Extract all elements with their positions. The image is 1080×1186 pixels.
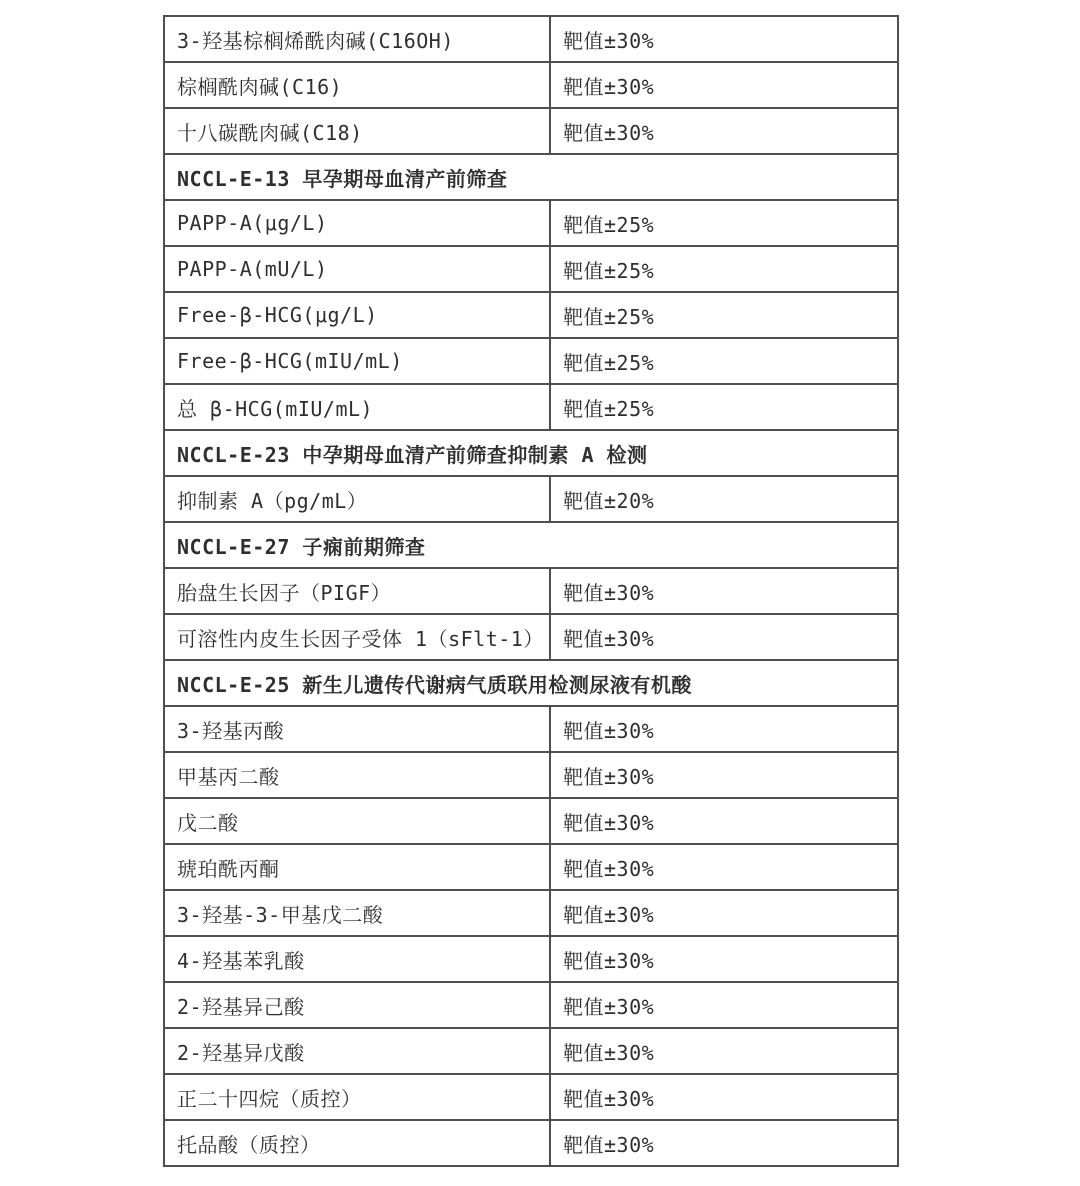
section-title-cell: NCCL-E-25 新生儿遗传代谢病气质联用检测尿液有机酸 xyxy=(164,660,898,706)
table-row: PAPP-A(mU/L) 靶值±25% xyxy=(164,246,898,292)
table-row: 棕榈酰肉碱(C16) 靶值±30% xyxy=(164,62,898,108)
section-header-row: NCCL-E-23 中孕期母血清产前筛查抑制素 A 检测 xyxy=(164,430,898,476)
table-row: Free-β-HCG(μg/L) 靶值±25% xyxy=(164,292,898,338)
target-value-cell: 靶值±30% xyxy=(550,706,898,752)
item-name-cell: Free-β-HCG(mIU/mL) xyxy=(164,338,550,384)
target-value-cell: 靶值±30% xyxy=(550,982,898,1028)
item-name-cell: 棕榈酰肉碱(C16) xyxy=(164,62,550,108)
table-row: 可溶性内皮生长因子受体 1（sFlt-1） 靶值±30% xyxy=(164,614,898,660)
item-name-cell: 托品酸（质控） xyxy=(164,1120,550,1166)
item-name-cell: PAPP-A(mU/L) xyxy=(164,246,550,292)
item-name-cell: 甲基丙二酸 xyxy=(164,752,550,798)
target-value-cell: 靶值±30% xyxy=(550,568,898,614)
item-name-cell: 2-羟基异戊酸 xyxy=(164,1028,550,1074)
target-value-cell: 靶值±30% xyxy=(550,1074,898,1120)
target-value-cell: 靶值±30% xyxy=(550,798,898,844)
item-name-cell: 正二十四烷（质控） xyxy=(164,1074,550,1120)
item-name-cell: 可溶性内皮生长因子受体 1（sFlt-1） xyxy=(164,614,550,660)
item-name-cell: 总 β-HCG(mIU/mL) xyxy=(164,384,550,430)
target-value-cell: 靶值±30% xyxy=(550,936,898,982)
table-row: 甲基丙二酸 靶值±30% xyxy=(164,752,898,798)
item-name-cell: PAPP-A(μg/L) xyxy=(164,200,550,246)
target-value-cell: 靶值±30% xyxy=(550,844,898,890)
table-row: 3-羟基-3-甲基戊二酸 靶值±30% xyxy=(164,890,898,936)
table-row: 十八碳酰肉碱(C18) 靶值±30% xyxy=(164,108,898,154)
item-name-cell: 琥珀酰丙酮 xyxy=(164,844,550,890)
item-name-cell: 十八碳酰肉碱(C18) xyxy=(164,108,550,154)
table-row: 琥珀酰丙酮 靶值±30% xyxy=(164,844,898,890)
item-name-cell: 4-羟基苯乳酸 xyxy=(164,936,550,982)
item-name-cell: Free-β-HCG(μg/L) xyxy=(164,292,550,338)
table-row: 3-羟基棕榈烯酰肉碱(C16OH) 靶值±30% xyxy=(164,16,898,62)
item-name-cell: 胎盘生长因子（PIGF） xyxy=(164,568,550,614)
section-header-row: NCCL-E-27 子痫前期筛查 xyxy=(164,522,898,568)
document-page: 3-羟基棕榈烯酰肉碱(C16OH) 靶值±30% 棕榈酰肉碱(C16) 靶值±3… xyxy=(0,0,1080,1186)
table-row: 总 β-HCG(mIU/mL) 靶值±25% xyxy=(164,384,898,430)
target-value-cell: 靶值±25% xyxy=(550,246,898,292)
item-name-cell: 戊二酸 xyxy=(164,798,550,844)
target-value-cell: 靶值±30% xyxy=(550,890,898,936)
section-title-cell: NCCL-E-23 中孕期母血清产前筛查抑制素 A 检测 xyxy=(164,430,898,476)
target-value-cell: 靶值±30% xyxy=(550,16,898,62)
target-value-cell: 靶值±30% xyxy=(550,1028,898,1074)
target-value-cell: 靶值±30% xyxy=(550,108,898,154)
target-value-cell: 靶值±30% xyxy=(550,614,898,660)
item-name-cell: 2-羟基异己酸 xyxy=(164,982,550,1028)
item-name-cell: 3-羟基-3-甲基戊二酸 xyxy=(164,890,550,936)
table-row: 3-羟基丙酸 靶值±30% xyxy=(164,706,898,752)
target-value-cell: 靶值±25% xyxy=(550,200,898,246)
section-title-cell: NCCL-E-13 早孕期母血清产前筛查 xyxy=(164,154,898,200)
qc-target-value-table: 3-羟基棕榈烯酰肉碱(C16OH) 靶值±30% 棕榈酰肉碱(C16) 靶值±3… xyxy=(163,15,899,1167)
table-row: Free-β-HCG(mIU/mL) 靶值±25% xyxy=(164,338,898,384)
section-header-row: NCCL-E-13 早孕期母血清产前筛查 xyxy=(164,154,898,200)
table-row: 4-羟基苯乳酸 靶值±30% xyxy=(164,936,898,982)
target-value-cell: 靶值±25% xyxy=(550,384,898,430)
item-name-cell: 抑制素 A（pg/mL） xyxy=(164,476,550,522)
target-value-cell: 靶值±25% xyxy=(550,292,898,338)
target-value-cell: 靶值±30% xyxy=(550,752,898,798)
section-header-row: NCCL-E-25 新生儿遗传代谢病气质联用检测尿液有机酸 xyxy=(164,660,898,706)
table-row: 2-羟基异己酸 靶值±30% xyxy=(164,982,898,1028)
target-value-cell: 靶值±30% xyxy=(550,62,898,108)
section-title-cell: NCCL-E-27 子痫前期筛查 xyxy=(164,522,898,568)
table-body: 3-羟基棕榈烯酰肉碱(C16OH) 靶值±30% 棕榈酰肉碱(C16) 靶值±3… xyxy=(164,16,898,1166)
target-value-cell: 靶值±30% xyxy=(550,1120,898,1166)
table-row: 托品酸（质控） 靶值±30% xyxy=(164,1120,898,1166)
table-row: 胎盘生长因子（PIGF） 靶值±30% xyxy=(164,568,898,614)
table-row: PAPP-A(μg/L) 靶值±25% xyxy=(164,200,898,246)
table-row: 2-羟基异戊酸 靶值±30% xyxy=(164,1028,898,1074)
table-row: 戊二酸 靶值±30% xyxy=(164,798,898,844)
table-row: 正二十四烷（质控） 靶值±30% xyxy=(164,1074,898,1120)
target-value-cell: 靶值±25% xyxy=(550,338,898,384)
table-row: 抑制素 A（pg/mL） 靶值±20% xyxy=(164,476,898,522)
item-name-cell: 3-羟基棕榈烯酰肉碱(C16OH) xyxy=(164,16,550,62)
item-name-cell: 3-羟基丙酸 xyxy=(164,706,550,752)
target-value-cell: 靶值±20% xyxy=(550,476,898,522)
